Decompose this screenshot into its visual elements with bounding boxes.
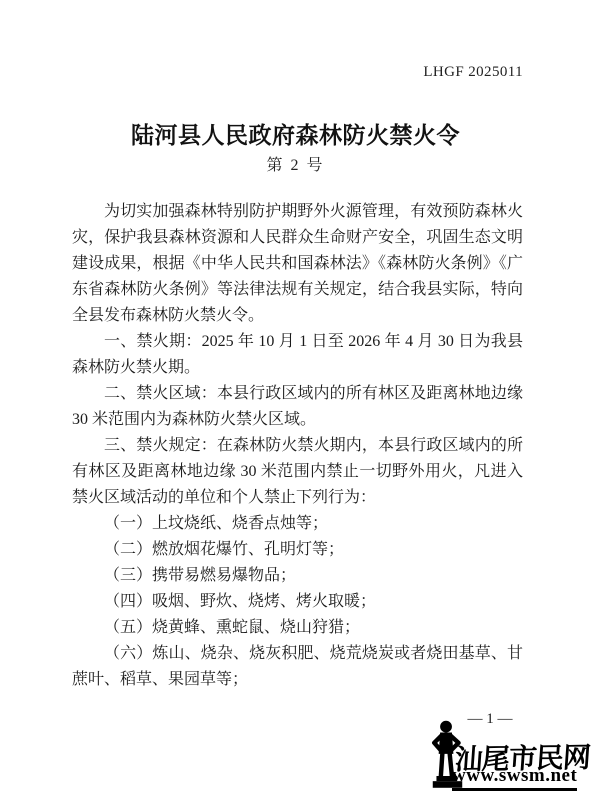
doc-ref-number: LHGF 2025011 bbox=[423, 64, 523, 81]
watermark: 汕尾市民网 www.swsm.net bbox=[421, 694, 589, 792]
subitem-field-burning: （六）炼山、烧杂、烧灰积肥、烧荒烧炭或者烧田基草、甘蔗叶、稻草、果园草等； bbox=[72, 641, 523, 693]
item-fire-ban-period: 一、禁火期：2025 年 10 月 1 日至 2026 年 4 月 30 日为我… bbox=[72, 329, 523, 381]
doc-issue-number: 第 2 号 bbox=[0, 152, 591, 175]
subitem-hunting-burning: （五）烧黄蜂、熏蛇鼠、烧山狩猎； bbox=[72, 615, 523, 641]
document-page: LHGF 2025011 陆河县人民政府森林防火禁火令 第 2 号 为切实加强森… bbox=[0, 0, 591, 793]
subitem-flammables: （三）携带易燃易爆物品； bbox=[72, 563, 523, 589]
watermark-site-url: www.swsm.net bbox=[452, 765, 577, 791]
item-fire-ban-area: 二、禁火区域：本县行政区域内的所有林区及距离林地边缘 30 米范围内为森林防火禁… bbox=[72, 381, 523, 433]
doc-body: 为切实加强森林特别防护期野外火源管理，有效预防森林火灾，保护我县森林资源和人民群… bbox=[72, 199, 523, 693]
doc-title: 陆河县人民政府森林防火禁火令 bbox=[0, 117, 591, 150]
subitem-grave-burning: （一）上坟烧纸、烧香点烛等； bbox=[72, 511, 523, 537]
paragraph-intro: 为切实加强森林特别防护期野外火源管理，有效预防森林火灾，保护我县森林资源和人民群… bbox=[72, 199, 523, 329]
subitem-fireworks: （二）燃放烟花爆竹、孔明灯等； bbox=[72, 537, 523, 563]
item-fire-ban-rules: 三、禁火规定：在森林防火禁火期内，本县行政区域内的所有林区及距离林地边缘 30 … bbox=[72, 433, 523, 511]
subitem-smoking-cooking: （四）吸烟、野炊、烧烤、烤火取暖； bbox=[72, 589, 523, 615]
